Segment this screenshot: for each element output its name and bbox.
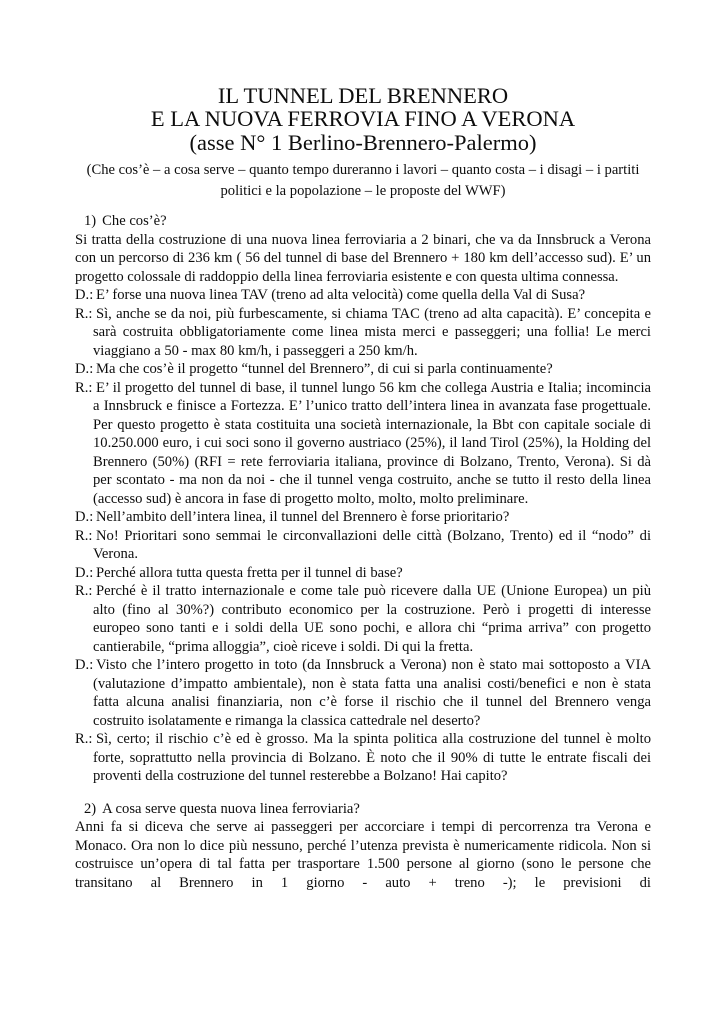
section-1-intro-paragraph: Si tratta della costruzione di una nuova… bbox=[75, 231, 651, 287]
dialogue-line: D.:Nell’ambito dell’intera linea, il tun… bbox=[75, 508, 651, 527]
dialogue-line: D.:Visto che l’intero progetto in toto (… bbox=[75, 656, 651, 730]
dialogue-line: R.:Perché è il tratto internazionale e c… bbox=[75, 582, 651, 656]
section-1-heading-text: Che cos’è? bbox=[102, 213, 166, 229]
document-title-line-3: (asse N° 1 Berlino-Brennero-Palermo) bbox=[75, 131, 651, 154]
document-title: IL TUNNEL DEL BRENNERO E LA NUOVA FERROV… bbox=[75, 84, 651, 154]
section-2-paragraph: Anni fa si diceva che serve ai passegger… bbox=[75, 818, 651, 892]
dialogue-text: E’ il progetto del tunnel di base, il tu… bbox=[93, 380, 651, 507]
document-page: IL TUNNEL DEL BRENNERO E LA NUOVA FERROV… bbox=[0, 0, 724, 1024]
dialogue-speaker: R.: bbox=[75, 582, 96, 601]
dialogue-speaker: D.: bbox=[75, 286, 96, 305]
section-2-heading: 2)A cosa serve questa nuova linea ferrov… bbox=[75, 800, 651, 819]
section-1: 1)Che cos’è? Si tratta della costruzione… bbox=[75, 212, 651, 786]
dialogue-speaker: R.: bbox=[75, 305, 96, 324]
document-subtitle: (Che cos’è – a cosa serve – quanto tempo… bbox=[75, 160, 651, 201]
dialogue-line: R.:E’ il progetto del tunnel di base, il… bbox=[75, 379, 651, 509]
dialogue-speaker: D.: bbox=[75, 508, 96, 527]
dialogue-line: D.:Ma che cos’è il progetto “tunnel del … bbox=[75, 360, 651, 379]
dialogue-speaker: R.: bbox=[75, 730, 96, 749]
section-1-heading: 1)Che cos’è? bbox=[75, 212, 651, 231]
dialogue-speaker: R.: bbox=[75, 527, 96, 546]
section-2-number: 2) bbox=[84, 801, 96, 817]
dialogue-speaker: R.: bbox=[75, 379, 96, 398]
section-2: 2)A cosa serve questa nuova linea ferrov… bbox=[75, 800, 651, 893]
dialogue-speaker: D.: bbox=[75, 564, 96, 583]
section-2-heading-text: A cosa serve questa nuova linea ferrovia… bbox=[102, 801, 360, 817]
dialogue-line: D.:E’ forse una nuova linea TAV (treno a… bbox=[75, 286, 651, 305]
dialogue-text: Nell’ambito dell’intera linea, il tunnel… bbox=[96, 509, 509, 525]
document-title-line-1: IL TUNNEL DEL BRENNERO bbox=[75, 84, 651, 107]
dialogue-text: Visto che l’intero progetto in toto (da … bbox=[93, 657, 651, 729]
dialogue-speaker: D.: bbox=[75, 656, 96, 675]
dialogue-text: No! Prioritari sono semmai le circonvall… bbox=[93, 528, 651, 563]
dialogue-text: Sì, certo; il rischio c’è ed è grosso. M… bbox=[93, 731, 651, 784]
document-title-line-2: E LA NUOVA FERROVIA FINO A VERONA bbox=[75, 107, 651, 130]
dialogue-text: Perché è il tratto internazionale e come… bbox=[93, 583, 651, 655]
dialogue-line: R.:No! Prioritari sono semmai le circonv… bbox=[75, 527, 651, 564]
dialogue-text: Sì, anche se da noi, più furbescamente, … bbox=[93, 306, 651, 359]
dialogue-line: R.:Sì, anche se da noi, più furbescament… bbox=[75, 305, 651, 361]
dialogue-line: R.:Sì, certo; il rischio c’è ed è grosso… bbox=[75, 730, 651, 786]
dialogue-text: Perché allora tutta questa fretta per il… bbox=[96, 565, 403, 581]
section-1-number: 1) bbox=[84, 213, 96, 229]
dialogue-text: E’ forse una nuova linea TAV (treno ad a… bbox=[96, 287, 585, 303]
dialogue-text: Ma che cos’è il progetto “tunnel del Bre… bbox=[96, 361, 553, 377]
dialogue-speaker: D.: bbox=[75, 360, 96, 379]
dialogue-line: D.:Perché allora tutta questa fretta per… bbox=[75, 564, 651, 583]
